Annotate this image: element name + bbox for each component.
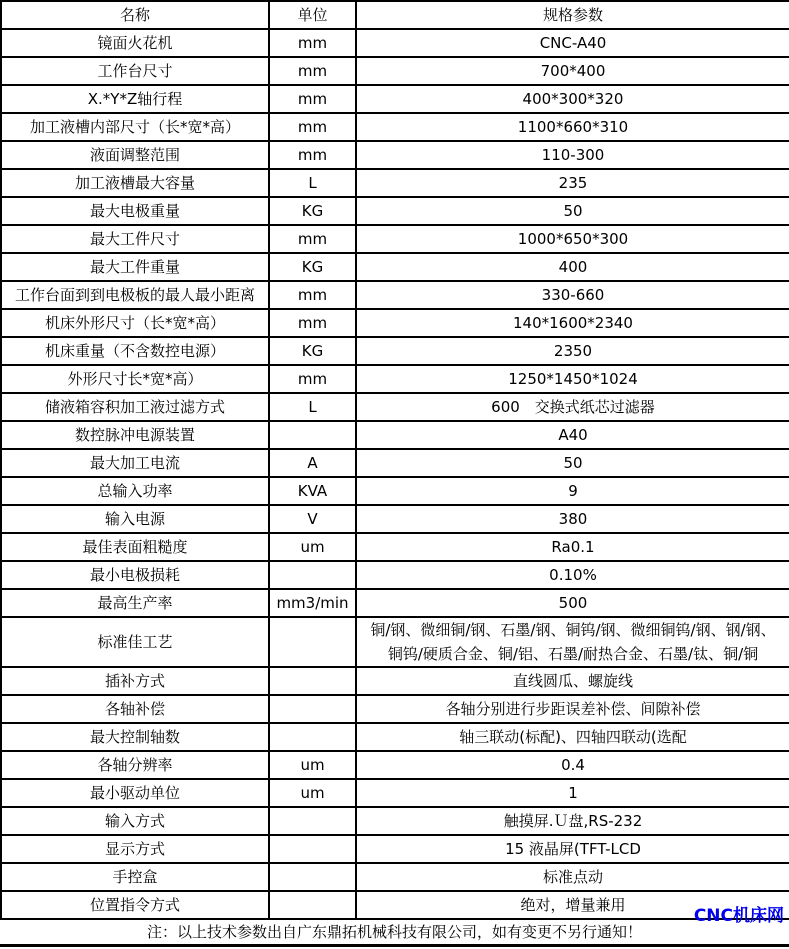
table-row: 储液箱容积加工液过滤方式 L 600 交换式纸芯过滤器: [1, 393, 789, 421]
column-header-specs: 规格参数: [356, 1, 789, 29]
cell-unit: mm: [269, 141, 356, 169]
cell-value: 400: [356, 253, 789, 281]
table-row: 总输入功率 KVA 9: [1, 477, 789, 505]
cell-unit: mm: [269, 85, 356, 113]
cell-unit: L: [269, 169, 356, 197]
spec-sheet-page: 名称 单位 规格参数 镜面火花机 mm CNC-A40 工作台尺寸 mm 700…: [0, 0, 789, 949]
cell-unit: [269, 723, 356, 751]
header-row: 名称 单位 规格参数: [1, 1, 789, 29]
table-row: 输入方式 触摸屏.Ｕ盘,RS-232: [1, 807, 789, 835]
cell-unit: mm3/min: [269, 589, 356, 617]
cell-unit: KG: [269, 337, 356, 365]
cell-value: 1: [356, 779, 789, 807]
cell-value: 140*1600*2340: [356, 309, 789, 337]
cell-name: 加工液槽内部尺寸（长*宽*高）: [1, 113, 269, 141]
cell-value: 1250*1450*1024: [356, 365, 789, 393]
table-row: 最大电极重量 KG 50: [1, 197, 789, 225]
table-row: X.*Y*Z轴行程 mm 400*300*320: [1, 85, 789, 113]
table-row: 位置指令方式 绝对，增量兼用: [1, 891, 789, 919]
cell-name: 最大工件重量: [1, 253, 269, 281]
cell-unit: mm: [269, 281, 356, 309]
table-row: 加工液槽内部尺寸（长*宽*高） mm 1100*660*310: [1, 113, 789, 141]
cell-value: 铜/钢、微细铜/钢、石墨/钢、铜钨/钢、微细铜钨/钢、钢/钢、铜钨/硬质合金、铜…: [356, 617, 789, 667]
cell-unit: um: [269, 751, 356, 779]
cell-name: 加工液槽最大容量: [1, 169, 269, 197]
cell-value: 400*300*320: [356, 85, 789, 113]
table-row: 插补方式 直线圆瓜、螺旋线: [1, 667, 789, 695]
cell-value: 0.4: [356, 751, 789, 779]
table-row: 外形尺寸长*宽*高） mm 1250*1450*1024: [1, 365, 789, 393]
cell-unit: L: [269, 393, 356, 421]
cell-name: 工作台面到到电极板的最人最小距离: [1, 281, 269, 309]
cell-unit: mm: [269, 365, 356, 393]
cell-unit: [269, 421, 356, 449]
cell-value: CNC-A40: [356, 29, 789, 57]
cell-value: 直线圆瓜、螺旋线: [356, 667, 789, 695]
cell-unit: A: [269, 449, 356, 477]
cell-unit: mm: [269, 225, 356, 253]
table-row: 各轴补偿 各轴分别进行步距误差补偿、间隙补偿: [1, 695, 789, 723]
cell-value: 330-660: [356, 281, 789, 309]
table-row: 输入电源 V 380: [1, 505, 789, 533]
cell-value: 380: [356, 505, 789, 533]
table-row: 标准佳工艺 铜/钢、微细铜/钢、石墨/钢、铜钨/钢、微细铜钨/钢、钢/钢、铜钨/…: [1, 617, 789, 667]
cell-value: 50: [356, 449, 789, 477]
cell-name: X.*Y*Z轴行程: [1, 85, 269, 113]
cell-value: 标准点动: [356, 863, 789, 891]
cell-name: 输入方式: [1, 807, 269, 835]
cell-name: 机床重量（不含数控电源）: [1, 337, 269, 365]
cell-unit: [269, 617, 356, 667]
cell-value: 500: [356, 589, 789, 617]
cell-unit: [269, 807, 356, 835]
table-row: 各轴分辨率 um 0.4: [1, 751, 789, 779]
table-row: 工作台面到到电极板的最人最小距离 mm 330-660: [1, 281, 789, 309]
cell-name: 位置指令方式: [1, 891, 269, 919]
table-row: 最大加工电流 A 50: [1, 449, 789, 477]
table-row: 液面调整范围 mm 110-300: [1, 141, 789, 169]
cell-name: 镜面火花机: [1, 29, 269, 57]
cell-name: 最大电极重量: [1, 197, 269, 225]
cell-value: 1000*650*300: [356, 225, 789, 253]
column-header-unit: 单位: [269, 1, 356, 29]
cell-unit: mm: [269, 113, 356, 141]
cell-value: 235: [356, 169, 789, 197]
cell-unit: [269, 863, 356, 891]
cell-value: Ra0.1: [356, 533, 789, 561]
cell-value: 15 液晶屏(TFT-LCD: [356, 835, 789, 863]
cell-name: 最大加工电流: [1, 449, 269, 477]
cell-name: 外形尺寸长*宽*高）: [1, 365, 269, 393]
table-row: 工作台尺寸 mm 700*400: [1, 57, 789, 85]
cell-unit: um: [269, 533, 356, 561]
cell-name: 输入电源: [1, 505, 269, 533]
table-row: 最大控制轴数 轴三联动(标配)、四轴四联动(选配: [1, 723, 789, 751]
table-row: 数控脉冲电源装置 A40: [1, 421, 789, 449]
table-row: 最大工件尺寸 mm 1000*650*300: [1, 225, 789, 253]
cell-name: 工作台尺寸: [1, 57, 269, 85]
spec-table-body: 镜面火花机 mm CNC-A40 工作台尺寸 mm 700*400 X.*Y*Z…: [1, 29, 789, 919]
cell-value: A40: [356, 421, 789, 449]
table-row: 机床重量（不含数控电源） KG 2350: [1, 337, 789, 365]
cell-unit: [269, 561, 356, 589]
cell-name: 液面调整范围: [1, 141, 269, 169]
footer-note-row: 注：以上技术参数出自广东鼎拓机械科技有限公司，如有变更不另行通知！: [0, 920, 789, 947]
table-row: 机床外形尺寸（长*宽*高） mm 140*1600*2340: [1, 309, 789, 337]
table-row: 最大工件重量 KG 400: [1, 253, 789, 281]
cell-name: 各轴补偿: [1, 695, 269, 723]
cell-value: 各轴分别进行步距误差补偿、间隙补偿: [356, 695, 789, 723]
cell-value: 600 交换式纸芯过滤器: [356, 393, 789, 421]
table-row: 最小驱动单位 um 1: [1, 779, 789, 807]
cell-value: 110-300: [356, 141, 789, 169]
cell-value: 0.10%: [356, 561, 789, 589]
cell-unit: [269, 667, 356, 695]
column-header-name: 名称: [1, 1, 269, 29]
cell-name: 最小电极损耗: [1, 561, 269, 589]
table-row: 显示方式 15 液晶屏(TFT-LCD: [1, 835, 789, 863]
cell-name: 最小驱动单位: [1, 779, 269, 807]
cell-value: 触摸屏.Ｕ盘,RS-232: [356, 807, 789, 835]
cell-name: 总输入功率: [1, 477, 269, 505]
cell-name: 插补方式: [1, 667, 269, 695]
cell-name: 标准佳工艺: [1, 617, 269, 667]
table-row: 最佳表面粗糙度 um Ra0.1: [1, 533, 789, 561]
cell-unit: V: [269, 505, 356, 533]
table-row: 最小电极损耗 0.10%: [1, 561, 789, 589]
cell-name: 储液箱容积加工液过滤方式: [1, 393, 269, 421]
cell-value: 700*400: [356, 57, 789, 85]
watermark-cnc-machine-net-link[interactable]: CNC机床网: [694, 901, 784, 926]
cell-unit: mm: [269, 57, 356, 85]
cell-unit: KG: [269, 197, 356, 225]
cell-unit: [269, 695, 356, 723]
cell-value: 1100*660*310: [356, 113, 789, 141]
cell-value: 9: [356, 477, 789, 505]
footer-note: 注：以上技术参数出自广东鼎拓机械科技有限公司，如有变更不另行通知！: [147, 922, 642, 942]
cell-name: 数控脉冲电源装置: [1, 421, 269, 449]
cell-unit: [269, 891, 356, 919]
cell-name: 显示方式: [1, 835, 269, 863]
cell-unit: mm: [269, 309, 356, 337]
cell-value: 轴三联动(标配)、四轴四联动(选配: [356, 723, 789, 751]
cell-unit: KG: [269, 253, 356, 281]
cell-name: 机床外形尺寸（长*宽*高）: [1, 309, 269, 337]
cell-name: 最大控制轴数: [1, 723, 269, 751]
cell-unit: [269, 835, 356, 863]
cell-unit: KVA: [269, 477, 356, 505]
table-row: 加工液槽最大容量 L 235: [1, 169, 789, 197]
cell-name: 最佳表面粗糙度: [1, 533, 269, 561]
cell-unit: um: [269, 779, 356, 807]
cell-value: 2350: [356, 337, 789, 365]
cell-name: 最高生产率: [1, 589, 269, 617]
cell-value: 50: [356, 197, 789, 225]
table-row: 镜面火花机 mm CNC-A40: [1, 29, 789, 57]
cell-name: 手控盒: [1, 863, 269, 891]
table-row: 手控盒 标准点动: [1, 863, 789, 891]
cell-unit: mm: [269, 29, 356, 57]
cell-name: 各轴分辨率: [1, 751, 269, 779]
table-row: 最高生产率 mm3/min 500: [1, 589, 789, 617]
spec-table: 名称 单位 规格参数 镜面火花机 mm CNC-A40 工作台尺寸 mm 700…: [0, 0, 789, 920]
cell-name: 最大工件尺寸: [1, 225, 269, 253]
